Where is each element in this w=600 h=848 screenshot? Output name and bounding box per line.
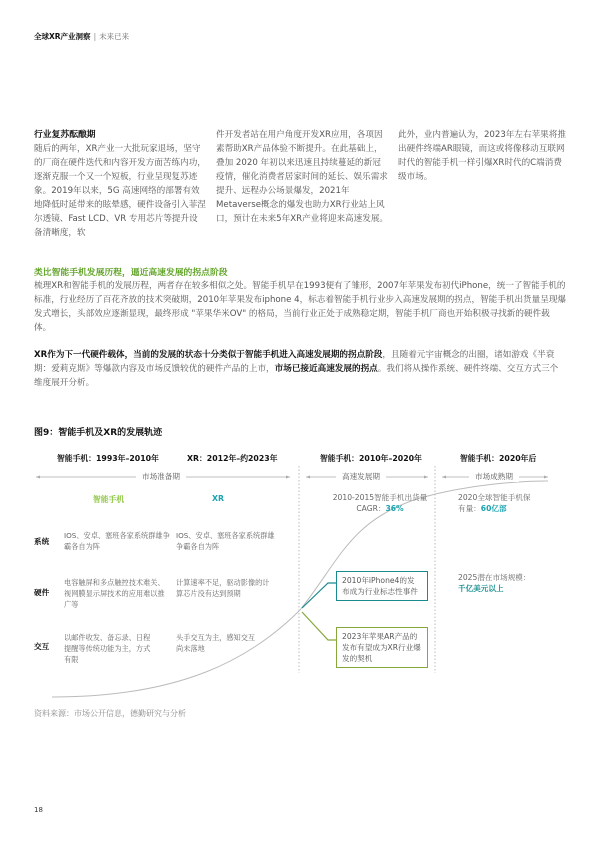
- row-label-os: 系统: [34, 536, 49, 547]
- row-label-hardware: 硬件: [34, 587, 49, 598]
- callout-apple-ar: 2023年苹果AR产品的发布有望成为XR行业爆发的契机: [336, 627, 428, 668]
- phase-preparation: 市场准备期: [136, 471, 186, 482]
- callout-iphone4: 2010年iPhone4的发布成为行业标志性事件: [336, 571, 428, 601]
- period-phone-mature: 智能手机：2020年后: [460, 453, 536, 464]
- stat-install-base-value: 60亿部: [481, 504, 507, 513]
- cell-hardware-xr: 计算速率不足，驱动影像的计算芯片没有达到预期: [176, 577, 276, 599]
- subhead-xr: XR: [212, 494, 224, 503]
- cell-interaction-phone: 以邮件收发、备忘录、日程提醒等传统功能为主，方式有限: [64, 632, 154, 665]
- period-phone-growth: 智能手机：2010年–2020年: [320, 453, 422, 464]
- stat-market-size-value: 千亿美元以上: [458, 583, 558, 594]
- stat-install-base: 2020全球智能手机保有量：60亿部: [458, 492, 538, 514]
- subhead-smartphone: 智能手机: [93, 494, 124, 505]
- figure-source: 资料来源：市场公开信息，德勤研究与分析: [34, 708, 186, 719]
- phase-maturity: 市场成熟期: [469, 471, 519, 482]
- stat-cagr: 2010-2015智能手机出货量CAGR：36%: [330, 492, 430, 514]
- row-label-interaction: 交互: [34, 641, 49, 652]
- stat-market-size: 2025潜在市场规模： 千亿美元以上: [458, 572, 558, 594]
- apple-ar-connector: [302, 612, 336, 640]
- trajectory-diagram: [0, 0, 600, 848]
- cell-interaction-xr: 头手交互为主，感知交互尚未落地: [176, 632, 258, 654]
- page-number: 18: [34, 806, 43, 814]
- stat-market-size-label: 2025潜在市场规模：: [458, 572, 558, 583]
- cell-os-xr: IOS、安卓、塞班各家系统群雄争霸各自为阵: [176, 530, 276, 552]
- cell-hardware-phone: 电容触屏和多点触控技术难关、视网膜显示屏技术的应用难以推广等: [64, 577, 168, 610]
- period-phone-early: 智能手机：1993年–2010年: [57, 453, 159, 464]
- cell-os-phone: IOS、安卓、塞班各家系统群雄争霸各自为阵: [64, 530, 172, 552]
- phase-rapid-growth: 高速发展期: [336, 471, 386, 482]
- iphone-connector: [302, 583, 336, 608]
- period-xr: XR：2012年–约2023年: [187, 453, 278, 464]
- stat-cagr-value: 36%: [385, 504, 403, 513]
- stat-cagr-label: 2010-2015智能手机出货量CAGR：: [333, 493, 428, 513]
